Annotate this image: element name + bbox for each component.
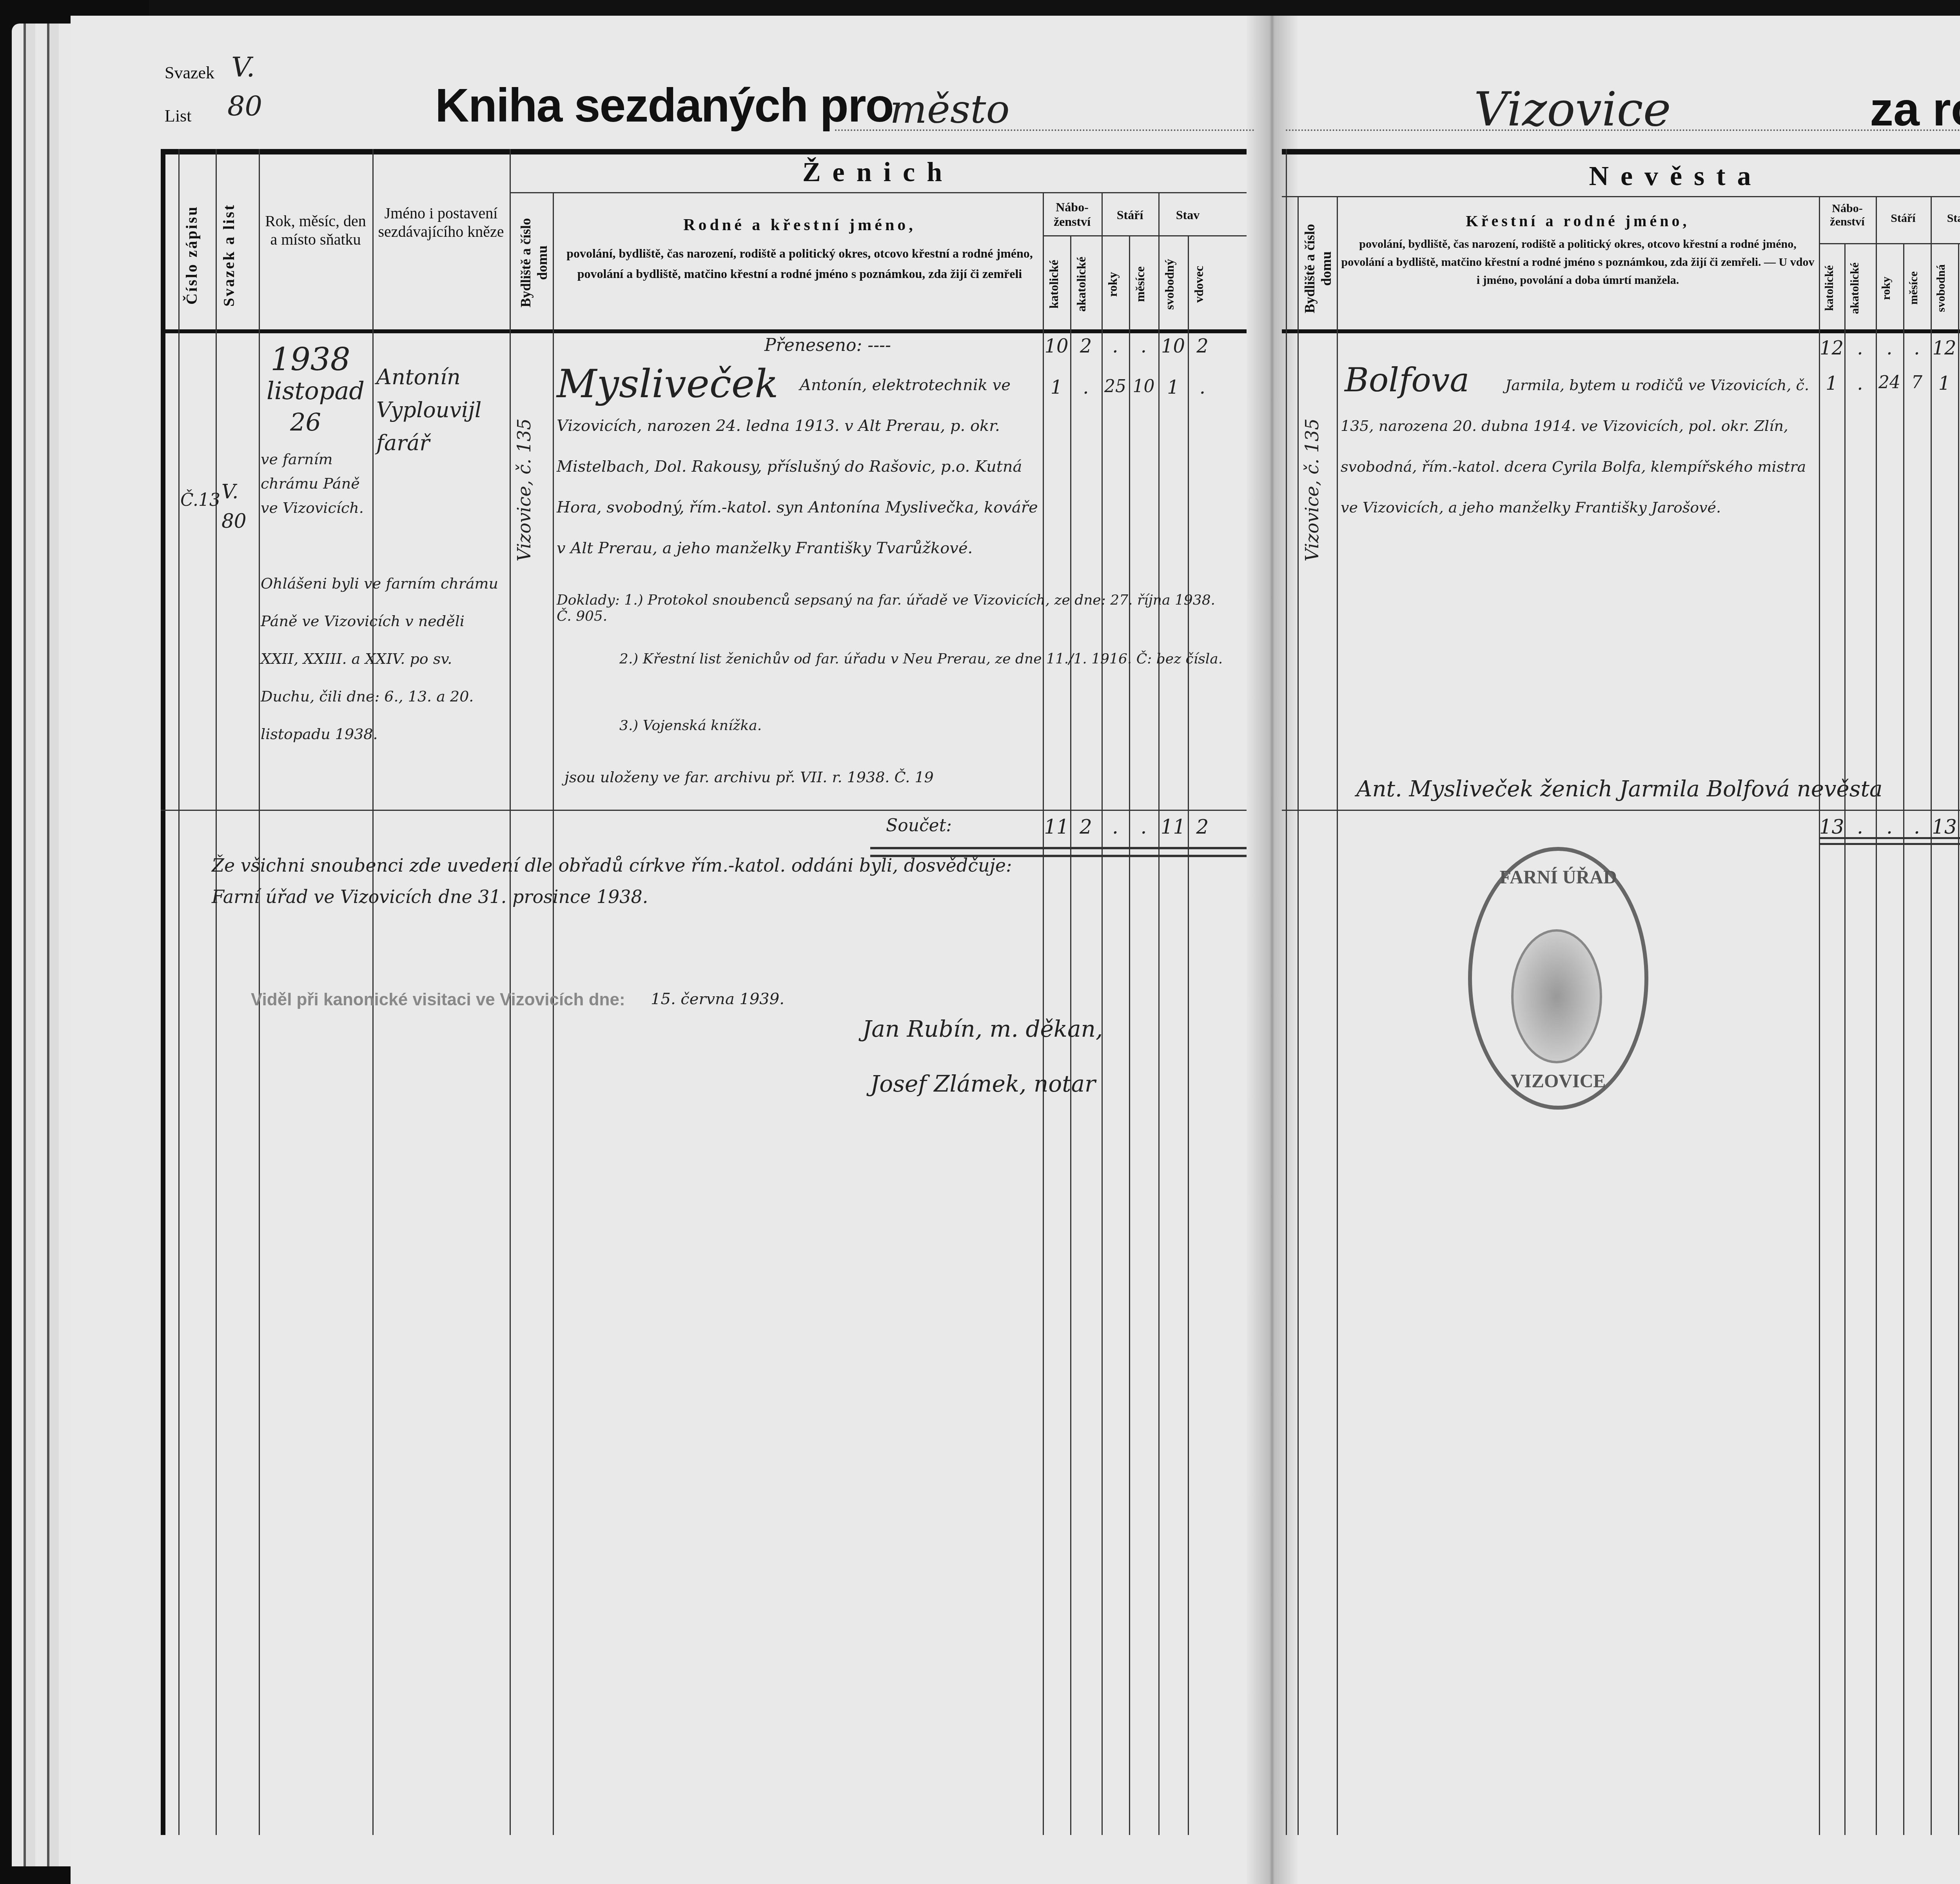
groom-akatolicke: .: [1070, 376, 1102, 398]
header-zenich: Ženich: [510, 157, 1247, 188]
bride-total-vdova: .: [1958, 816, 1960, 838]
bride-vdova: .: [1958, 372, 1960, 394]
signature-notary: Josef Zlámek, notar: [870, 1070, 1096, 1097]
subheader-line: [1819, 243, 1960, 244]
entry-place: ve farním chrámu Páně ve Vizovicích.: [261, 447, 374, 520]
groom-total-katolicke: 11: [1043, 816, 1070, 838]
header-nabozenstvi-nevesta: Nábo-ženství: [1819, 202, 1876, 229]
header-stav-nevesta: Stav: [1931, 212, 1960, 225]
right-header-bottom: [1282, 329, 1960, 333]
bride-total-svobodna: 13: [1931, 816, 1958, 838]
groom-total-label: Součet:: [886, 816, 952, 836]
subheader-line: [1043, 235, 1247, 236]
header-svazek-list: Svazek a list: [220, 188, 255, 322]
carried-groom-katolicke: 10: [1043, 335, 1070, 357]
groom-svobodny: 1: [1158, 376, 1188, 398]
groom-katolicke: 1: [1043, 376, 1070, 398]
col-divider: [1043, 192, 1044, 1835]
visitation-date: 15. června 1939.: [651, 990, 784, 1008]
doklady-2: 2.) Křestní list ženichův od far. úřadu …: [619, 651, 1231, 667]
header-katolicke: katolické: [1047, 243, 1068, 325]
col-divider: [1158, 192, 1160, 1835]
groom-vdovec: .: [1188, 376, 1217, 398]
entry-date-month: listopad: [267, 376, 365, 405]
col-divider: [1844, 243, 1846, 1835]
header-roky: roky: [1105, 243, 1127, 325]
col-divider: [1102, 192, 1103, 1835]
header-nevesta: Nevěsta: [1298, 161, 1960, 192]
nevesta-subheader-line: [1282, 196, 1960, 197]
header-jmeno-knez: Jméno i postavení sezdávajícího kněze: [376, 204, 506, 241]
town-dotline: [1286, 129, 1960, 131]
stamp-emblem-icon: [1511, 929, 1602, 1063]
bride-roky: 24: [1876, 372, 1903, 392]
signature-dean: Jan Rubín, m. děkan,: [862, 1016, 1103, 1042]
left-table-top: [161, 149, 1247, 154]
bride-total-roky: .: [1876, 816, 1903, 838]
left-header-bottom: [161, 329, 1247, 333]
col-divider: [1903, 243, 1904, 1835]
couple-signatures: Ant. Mysliveček ženich Jarmila Bolfová n…: [1356, 776, 1882, 802]
header-akatolicke-nevesta: akatolické: [1848, 251, 1872, 325]
doklady-1: Doklady: 1.) Protokol snoubenců sepsaný …: [557, 592, 1231, 624]
bride-total-line-2: [1819, 843, 1960, 845]
bride-katolicke: 1: [1819, 372, 1844, 394]
groom-mesice: 10: [1129, 376, 1158, 396]
list-value: 80: [227, 90, 262, 122]
list-label: List: [165, 106, 191, 126]
entry-bottom-line: [161, 810, 1247, 811]
certification-text: Že všichni snoubenci zde uvedení dle obř…: [212, 855, 1262, 876]
entry-banns: Ohlášeni byli ve farním chrámu Páně ve V…: [261, 565, 504, 753]
col-divider: [1129, 235, 1130, 1835]
header-katolicke-nevesta: katolické: [1823, 251, 1842, 325]
groom-total-vdovec: 2: [1188, 816, 1217, 838]
carried-bride-mesice: .: [1903, 337, 1931, 359]
groom-house: Vizovice, č. 135: [514, 388, 549, 592]
col-divider: [1819, 196, 1820, 1835]
header-stari-nevesta: Stáří: [1876, 212, 1931, 225]
col-divider: [1286, 149, 1287, 1835]
archiv-note: jsou uloženy ve far. archivu př. VII. r.…: [564, 768, 934, 786]
col-divider: [1958, 243, 1959, 1835]
header-roky-nevesta: roky: [1880, 251, 1899, 325]
bride-total-katolicke: 13: [1819, 816, 1844, 838]
col-divider: [1188, 235, 1189, 1835]
page-title: Kniha sezdaných pro: [435, 78, 893, 133]
bride-svobodna: 1: [1931, 372, 1958, 394]
header-stari: Stáří: [1102, 208, 1158, 222]
col-divider: [216, 149, 217, 1835]
header-vdovec: vdovec: [1192, 243, 1215, 325]
header-bydliste-nevesta: Bydliště a číslo domu: [1301, 212, 1333, 325]
svazek-value: V.: [231, 51, 255, 83]
svazek-label: Svazek: [165, 63, 214, 83]
entry-date-day: 26: [290, 408, 321, 436]
col-divider: [1298, 196, 1299, 1835]
header-mesice-nevesta: měsíce: [1907, 251, 1927, 325]
col-divider: [178, 149, 180, 1835]
groom-total-mesice: .: [1129, 816, 1158, 838]
entry-list: 80: [221, 510, 247, 532]
zenich-subheader-line: [510, 192, 1247, 193]
title-dotline: [835, 129, 1254, 131]
entry-date-year: 1938: [270, 341, 350, 378]
header-rodne-title: Rodné a křestní jméno,: [561, 216, 1039, 234]
header-krestni-desc: povolání, bydliště, čas narození, rodišt…: [1341, 235, 1815, 289]
visitation-label: Viděl při kanonické visitaci ve Vizovicí…: [251, 990, 625, 1010]
entry-cislo: Č.13: [180, 490, 220, 510]
header-svobodna: svobodná: [1935, 251, 1954, 325]
bride-total-mesice: .: [1903, 816, 1931, 838]
header-nabozenstvi: Nábo-ženství: [1043, 200, 1102, 229]
stamp-top-text: FARNÍ ÚŘAD: [1472, 867, 1644, 888]
left-table-border: [161, 149, 165, 1835]
groom-total-roky: .: [1102, 816, 1129, 838]
bride-total-akatolicke: .: [1844, 816, 1876, 838]
doklady-3: 3.) Vojenská knížka.: [619, 718, 762, 734]
title-fill: město: [890, 86, 1010, 132]
stamp-bottom-text: VIZOVICE: [1472, 1070, 1644, 1092]
groom-text: Antonín, elektrotechnik ve Vizovicích, n…: [557, 365, 1039, 569]
book-gutter: [1247, 16, 1298, 1884]
col-divider: [553, 192, 554, 1835]
header-akatolicke: akatolické: [1074, 243, 1098, 325]
groom-total-svobodny: 11: [1158, 816, 1188, 838]
header-cislo-zapisu: Číslo zápisu: [182, 188, 214, 322]
bride-house: Vizovice, č. 135: [1301, 392, 1335, 588]
bride-akatolicke: .: [1844, 372, 1876, 394]
header-svobodny: svobodný: [1162, 243, 1186, 325]
carried-bride-svobodna: 12: [1931, 337, 1958, 359]
bride-total-line-1: [1819, 837, 1960, 839]
groom-total-akatolicke: 2: [1070, 816, 1102, 838]
header-bydliste-zenich: Bydliště a číslo domu: [517, 204, 549, 322]
carried-groom-roky: .: [1102, 335, 1129, 357]
right-table-top: [1282, 149, 1960, 154]
header-krestni-title: Křestní a rodné jméno,: [1341, 212, 1815, 230]
col-divider: [1337, 196, 1338, 1835]
carried-groom-akatolicke: 2: [1070, 335, 1102, 357]
carried-bride-akatolicke: .: [1844, 337, 1876, 359]
carried-groom-mesice: .: [1129, 335, 1158, 357]
header-mesice: měsíce: [1133, 243, 1156, 325]
carried-groom-vdovec: 2: [1188, 335, 1217, 357]
total-double-line-1: [870, 847, 1247, 849]
col-divider: [1876, 196, 1877, 1835]
entry-priest: Antonín Vyplouvijl farář: [376, 361, 502, 460]
year-label: za rok 19: [1870, 82, 1960, 136]
bride-text: Jarmila, bytem u rodičů ve Vizovicích, č…: [1341, 365, 1815, 528]
groom-roky: 25: [1102, 376, 1129, 396]
carried-groom-svobodny: 10: [1158, 335, 1188, 357]
entry-svazek: V.: [221, 480, 238, 503]
header-rok-mesic: Rok, měsíc, den a místo sňatku: [263, 212, 368, 249]
col-divider: [1931, 196, 1932, 1835]
header-rodne-desc: povolání, bydliště, čas narození, rodišt…: [561, 243, 1039, 284]
carried-label: Přeneseno: ----: [764, 335, 891, 355]
carried-bride-katolicke: 12: [1819, 337, 1844, 359]
header-stav: Stav: [1158, 208, 1217, 222]
parish-stamp: FARNÍ ÚŘAD VIZOVICE: [1468, 847, 1648, 1110]
bride-mesice: 7: [1903, 372, 1931, 392]
entry-bottom-line-right: [1282, 810, 1960, 811]
town-name: Vizovice: [1474, 82, 1671, 137]
office-date: Farní úřad ve Vizovicích dne 31. prosinc…: [212, 886, 648, 907]
carried-bride-roky: .: [1876, 337, 1903, 359]
